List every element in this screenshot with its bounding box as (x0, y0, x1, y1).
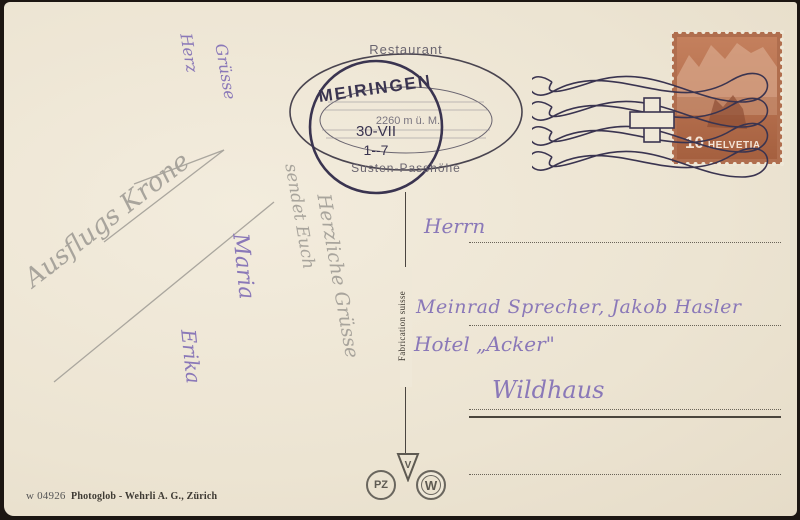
address-hotel: Hotel „Acker" (414, 332, 555, 356)
machine-cancel-waves (532, 62, 782, 187)
svg-text:1--7: 1--7 (364, 142, 389, 158)
address-recipients: Meinrad Sprecher, Jakob Hasler (416, 296, 741, 318)
message-pencil-vertical-1: Herzliche Grüsse (312, 192, 363, 360)
address-town: Wildhaus (492, 376, 605, 404)
postcard-back: Restaurant 2260 m ü. M. Susten-Passhöhe … (4, 2, 797, 516)
w-logo-icon: W (416, 470, 446, 500)
message-purple-top: Herz (176, 32, 201, 74)
svg-text:Susten-Passhöhe: Susten-Passhöhe (351, 161, 461, 175)
svg-text:30-VII: 30-VII (356, 123, 396, 140)
address-line-2 (469, 325, 781, 326)
address-underline (469, 416, 781, 418)
address-line-3 (469, 409, 781, 410)
v-triangle-logo-icon: V (396, 452, 420, 482)
pz-logo-icon: PZ (366, 470, 396, 500)
postmark-cachet: Restaurant 2260 m ü. M. Susten-Passhöhe … (288, 32, 528, 202)
fabrication-suisse-label: Fabrication suisse (397, 251, 407, 401)
svg-text:V: V (405, 460, 412, 471)
publisher-imprint: w 04926 Photoglob - Wehrli A. G., Zürich (26, 490, 217, 502)
address-salutation: Herrn (424, 214, 485, 238)
address-line-1 (469, 242, 781, 243)
message-purple-top-2: Grüsse (211, 42, 240, 101)
svg-text:Restaurant: Restaurant (369, 42, 443, 57)
address-line-4 (469, 474, 781, 475)
